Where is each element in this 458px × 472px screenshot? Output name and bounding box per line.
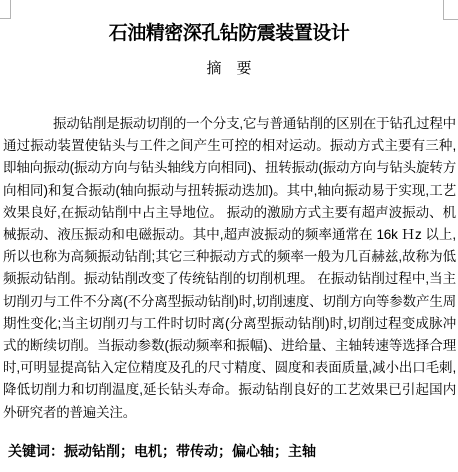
keywords-list: 振动钻削；电机；带传动；偏心轴；主轴 — [64, 443, 316, 459]
abstract-paragraph: 振动钻削是振动切削的一个分支,它与普通钻削的区别在于钻孔过程中通过振动装置使钻头… — [3, 113, 456, 424]
abstract-heading: 摘 要 — [10, 60, 448, 77]
text-boundary-mark-top-right — [443, 0, 458, 20]
text-boundary-mark-top-left — [0, 0, 11, 19]
document-page: 石油精密深孔钻防震装置设计 摘 要 振动钻削是振动切削的一个分支,它与普通钻削的… — [0, 0, 458, 472]
keywords-line: 关键词：振动钻削；电机；带传动；偏心轴；主轴 — [8, 443, 456, 459]
document-title: 石油精密深孔钻防震装置设计 — [10, 23, 448, 45]
keywords-label: 关键词： — [8, 443, 64, 459]
